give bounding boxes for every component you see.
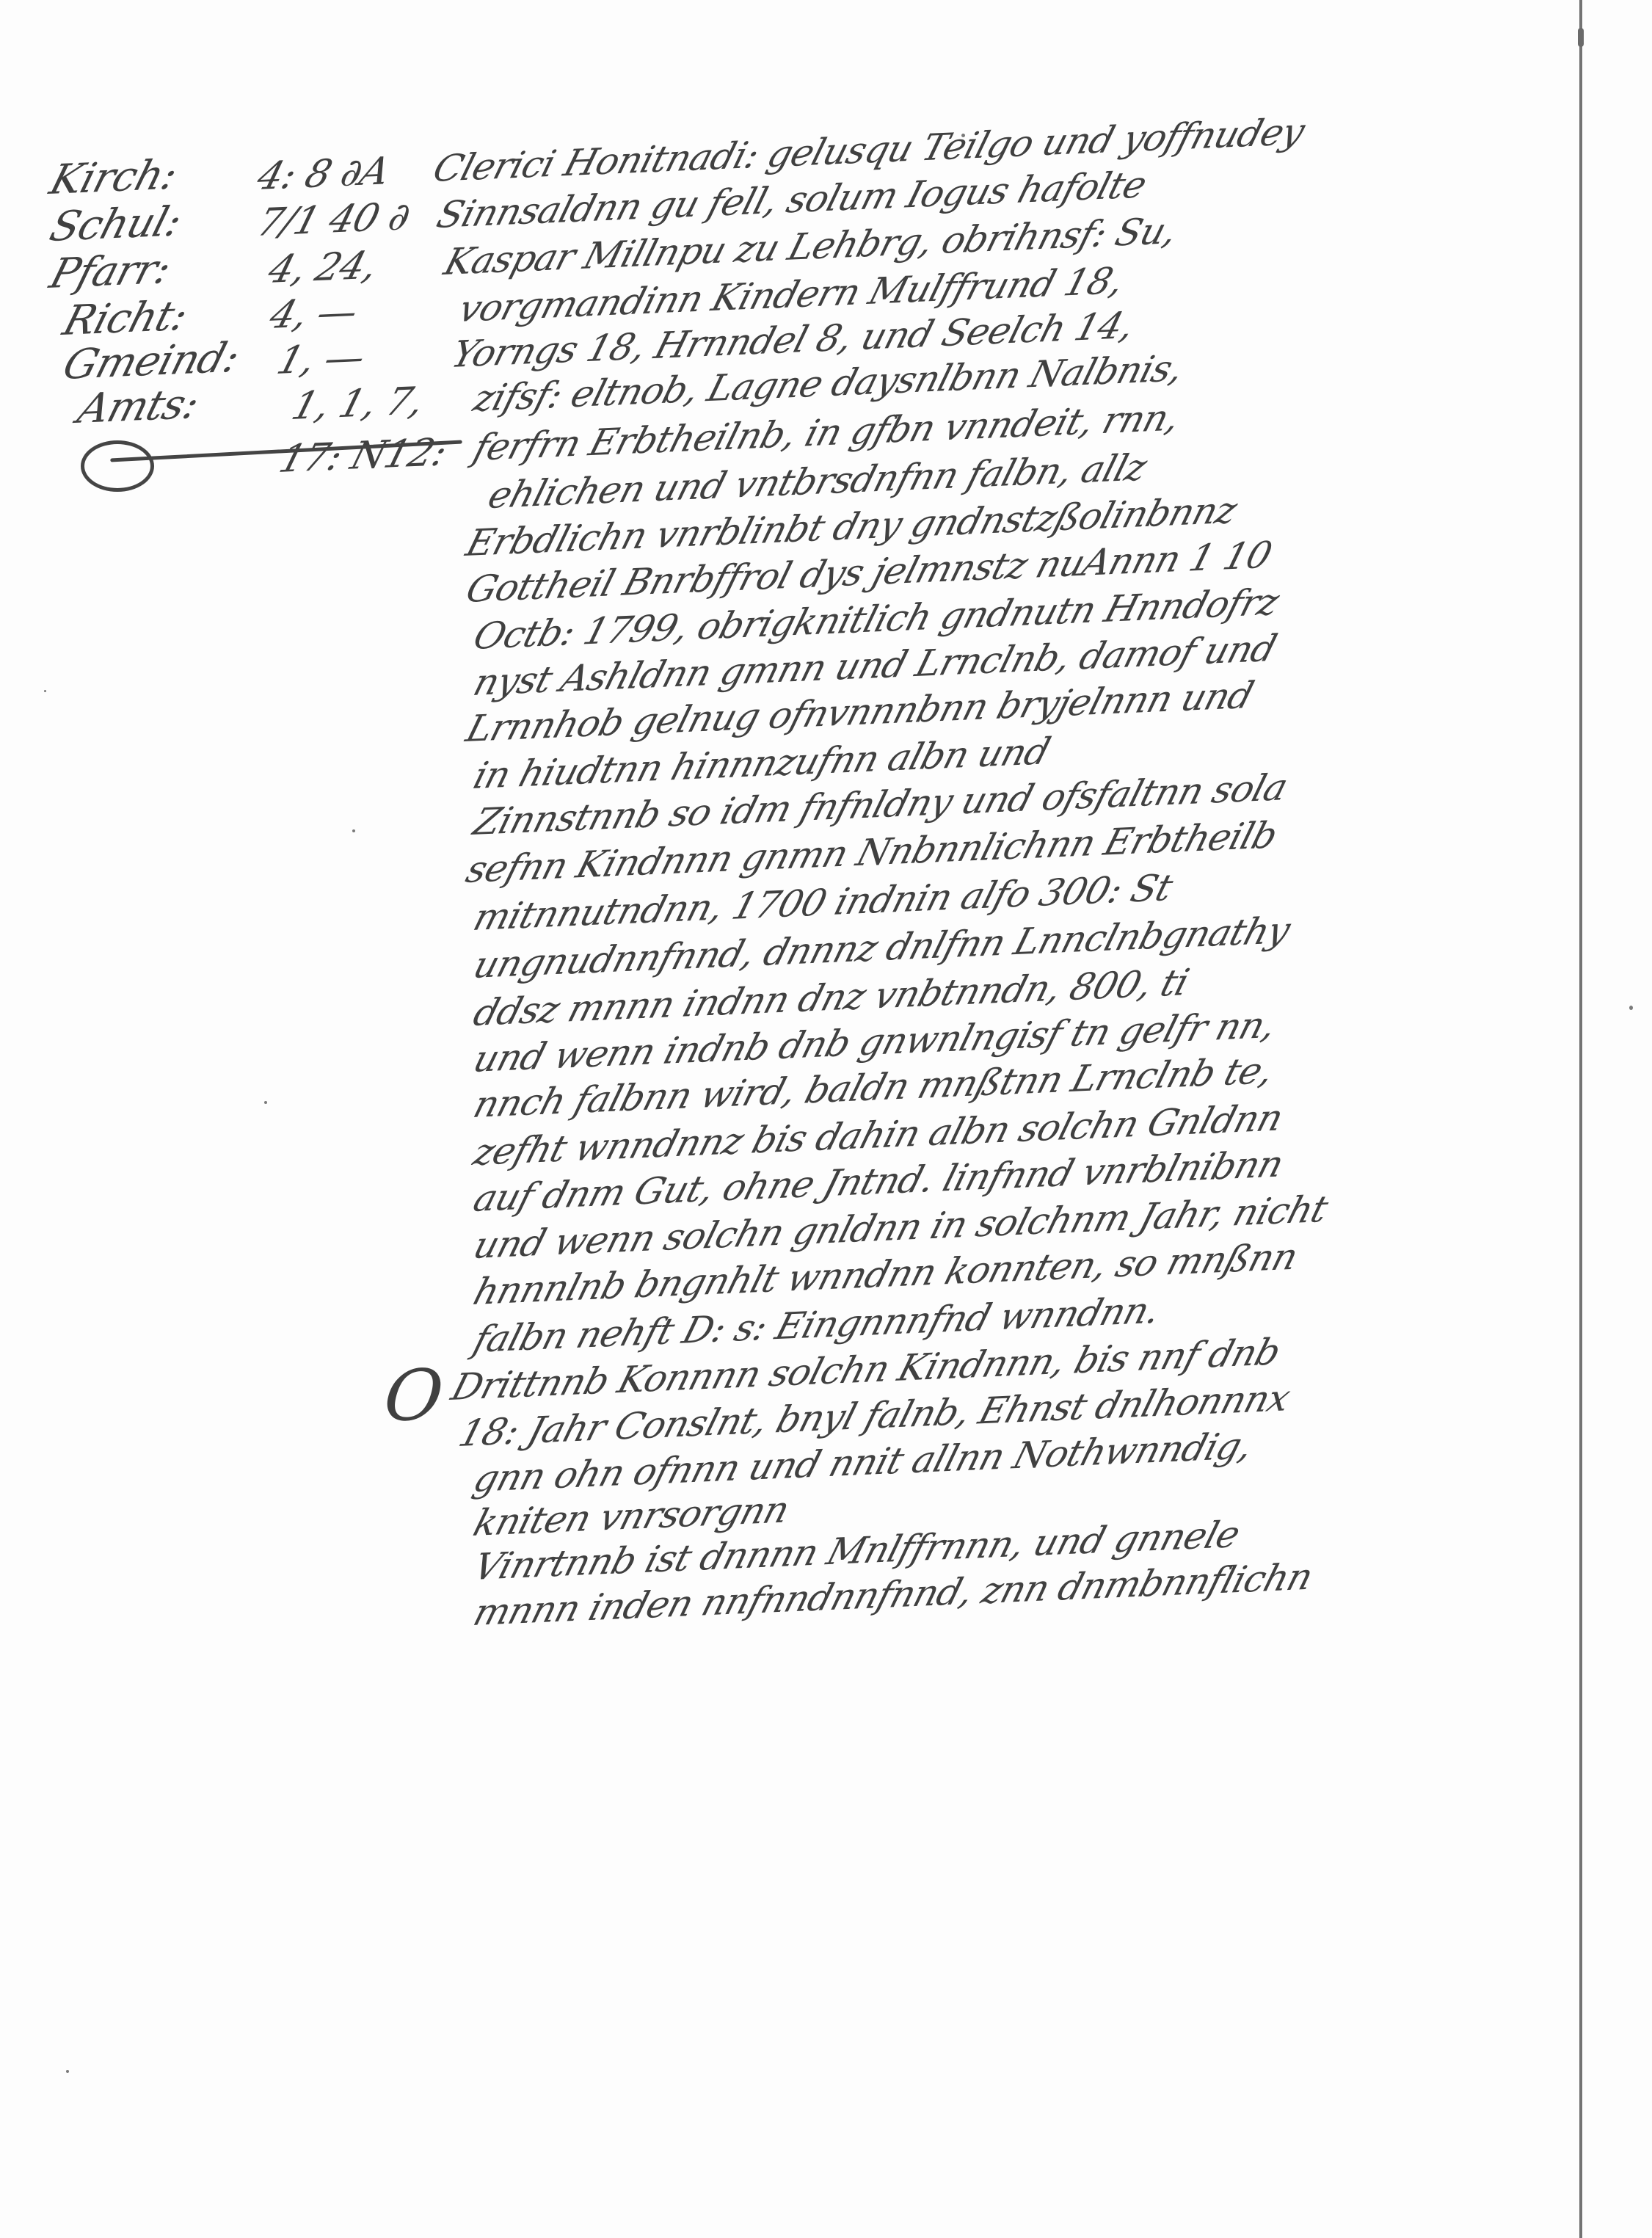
scan-speck (44, 690, 46, 692)
paragraph-initial-flourish: O (374, 1359, 452, 1432)
amount: 7/1 40 ∂ (253, 197, 414, 242)
total-amount: 17: N12: (275, 433, 451, 479)
page-edge-rule (1579, 0, 1582, 2238)
manuscript-page: Kirch: 4: 8 ∂A Clerici Honitnadi: gelusq… (0, 0, 1652, 2238)
scan-speck (264, 1101, 267, 1104)
page-edge-ink-blot (1578, 28, 1584, 47)
amount: 4, — (266, 293, 361, 335)
margin-label: Schul: (46, 202, 186, 248)
margin-label: Pfarr: (46, 249, 175, 295)
amount: 4, 24, (264, 247, 381, 289)
scan-speck (66, 2070, 69, 2073)
scan-speck (1629, 1006, 1633, 1010)
scan-speck (961, 134, 965, 137)
margin-label: Richt: (59, 296, 192, 342)
amount: 1, 1, 7, (288, 382, 428, 426)
margin-label: Kirch: (46, 155, 181, 201)
margin-label: Gmeind: (59, 338, 243, 386)
scan-speck (352, 829, 355, 832)
amount: 1, — (273, 338, 368, 380)
margin-label: Amts: (73, 384, 203, 430)
loop-flourish (81, 440, 154, 492)
amount: 4: 8 ∂A (253, 152, 393, 196)
